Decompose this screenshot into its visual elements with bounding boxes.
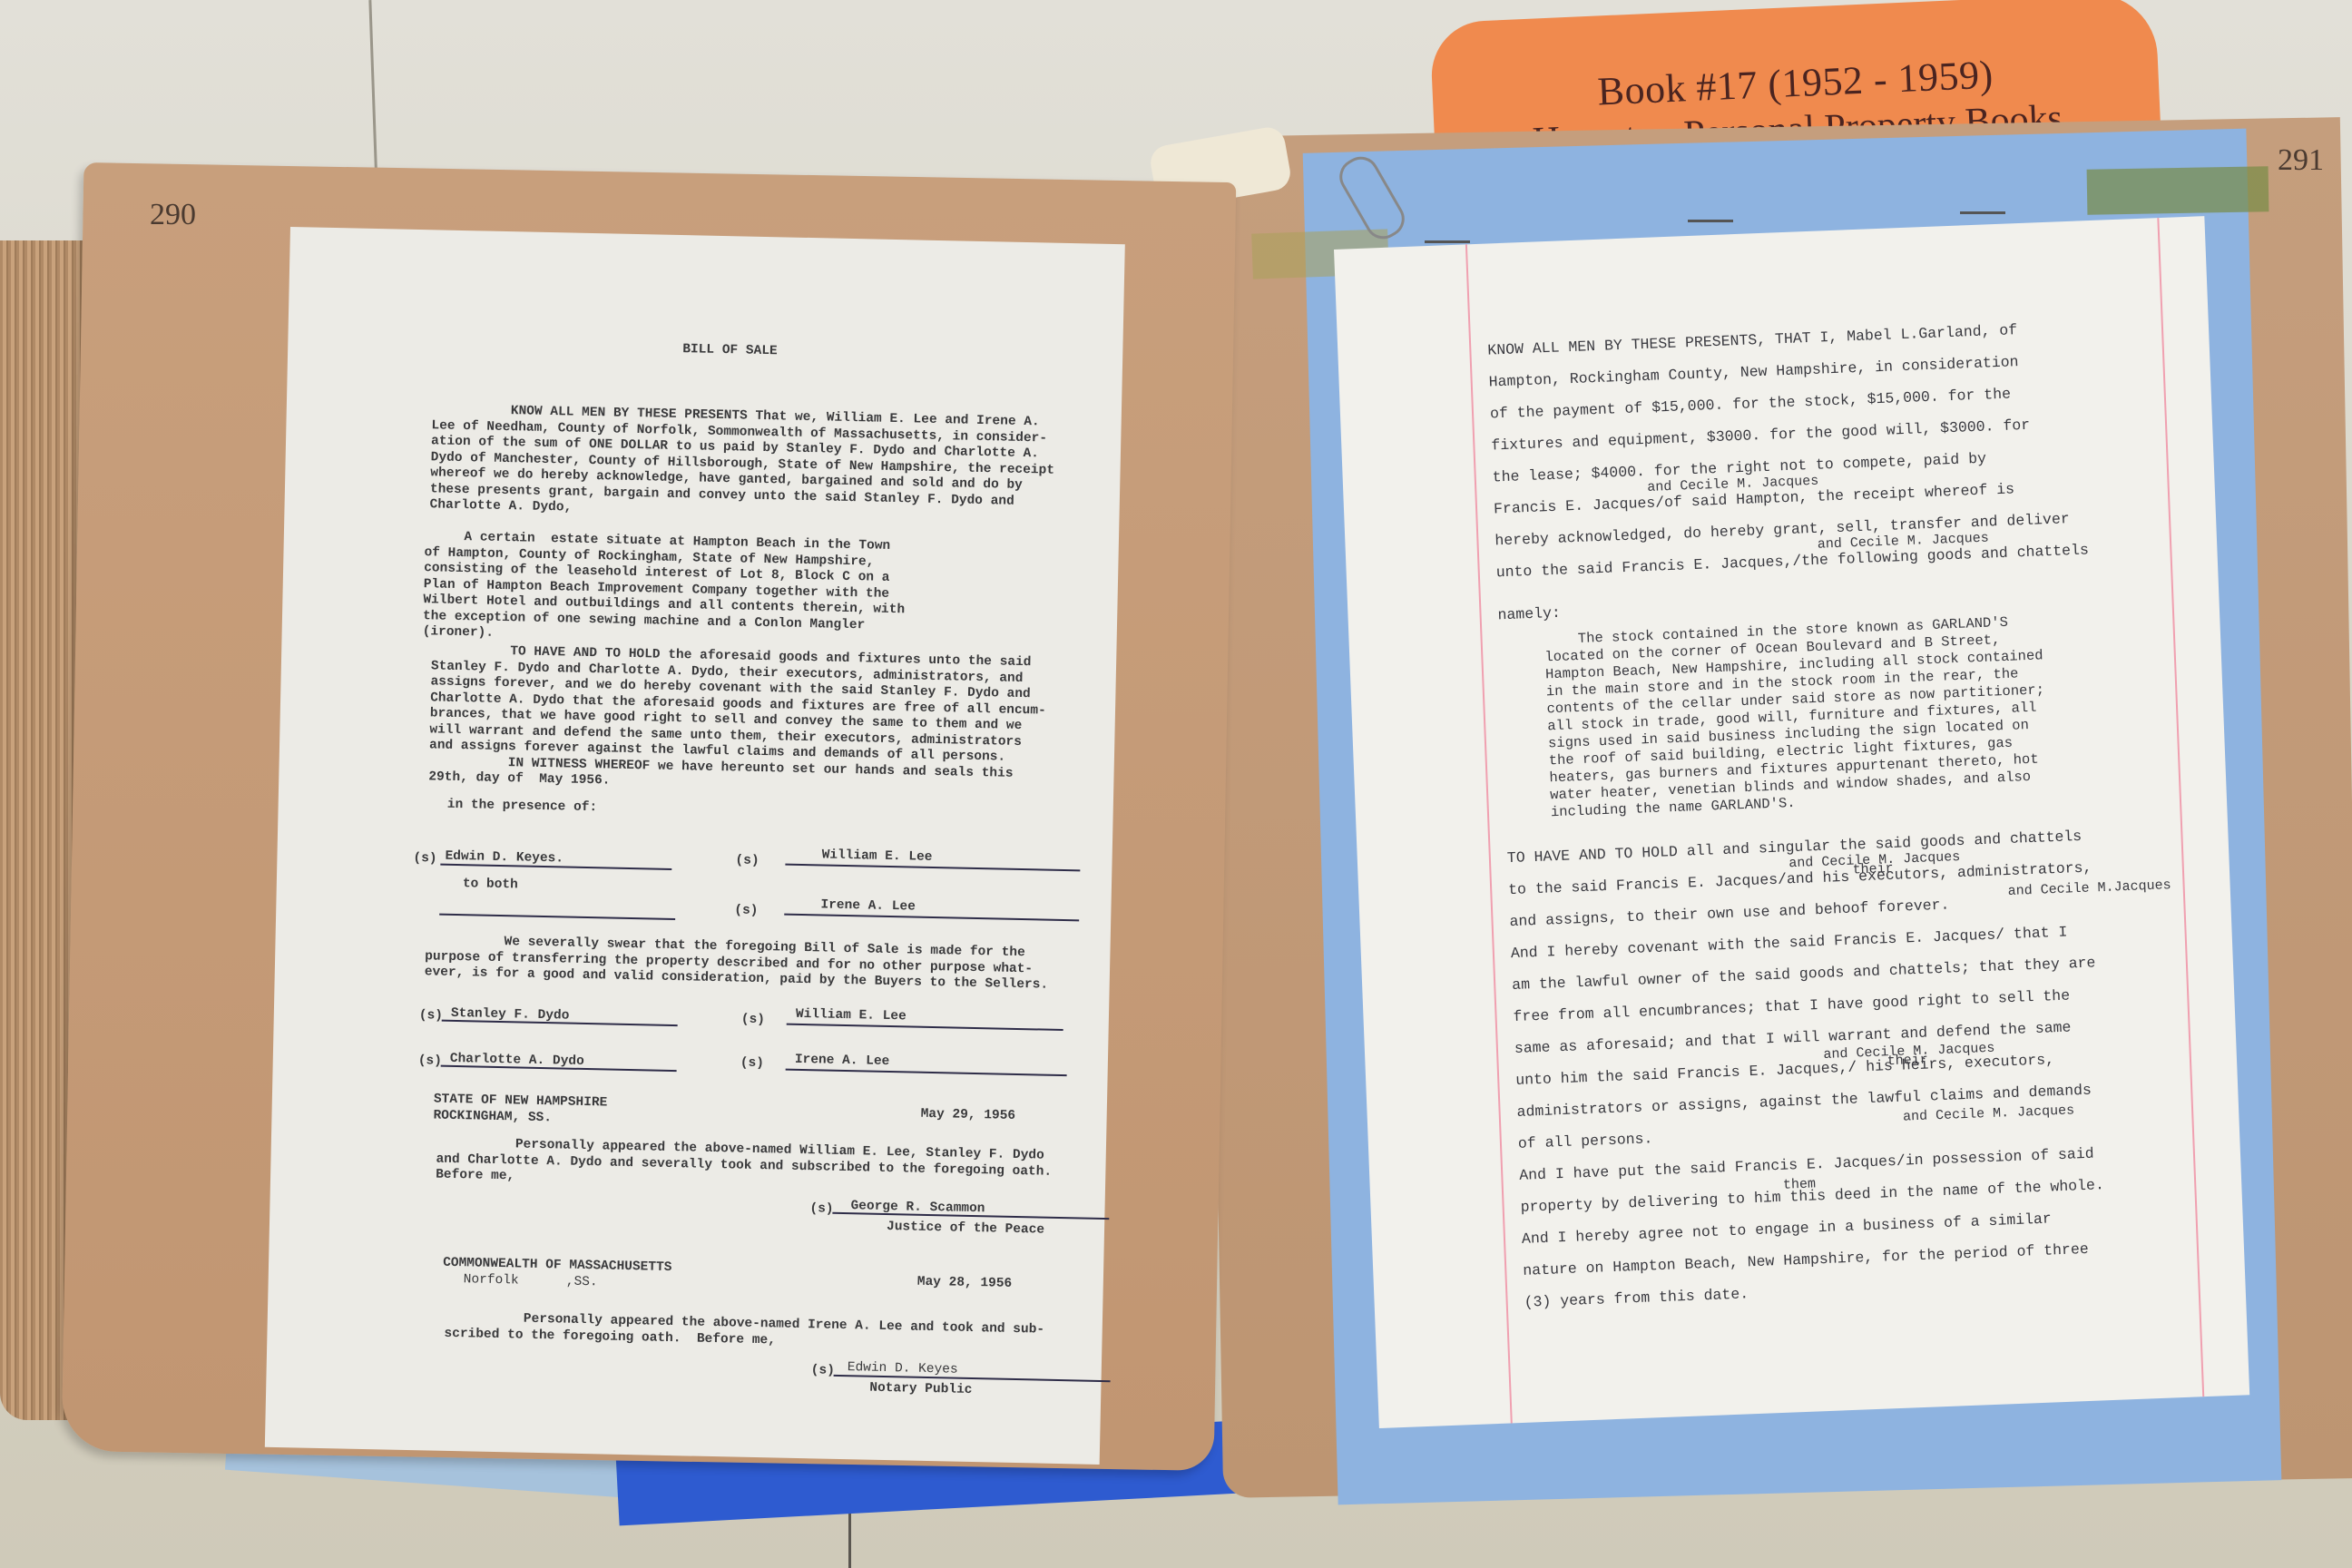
staple <box>1688 220 1733 222</box>
s-mark: (s) <box>811 1363 835 1379</box>
document-title: BILL OF SALE <box>682 342 778 360</box>
s-mark: (s) <box>740 1056 764 1073</box>
nh-ack-text: Personally appeared the above-named Will… <box>436 1136 1108 1198</box>
notary-name: Edwin D. Keyes <box>848 1360 958 1378</box>
s-mark: (s) <box>413 851 436 867</box>
s-mark: (s) <box>735 853 759 869</box>
typed-insert: and Cecile M. Jacques <box>1902 1094 2074 1132</box>
s-mark: (s) <box>418 1053 442 1070</box>
bill-of-sale-sheet: BILL OF SALE KNOW ALL MEN BY THESE PRESE… <box>265 227 1125 1465</box>
ma-ack-text: Personally appeared the above-named Iren… <box>444 1310 1116 1356</box>
habendum-paragraph: TO HAVE AND TO HOLD the aforesaid goods … <box>428 642 1102 799</box>
s-mark: (s) <box>741 1013 765 1029</box>
jp-title: Justice of the Peace <box>887 1220 1044 1239</box>
buyer-1-name: Stanley F. Dydo <box>451 1006 570 1024</box>
blank-signature-line <box>439 897 675 920</box>
s-mark: (s) <box>734 903 758 919</box>
presence-label: in the presence of: <box>424 797 1050 826</box>
tape-piece <box>2087 166 2269 214</box>
seller-1-name: William E. Lee <box>796 1007 906 1025</box>
staple <box>1425 240 1470 243</box>
seller-1-name: William E. Lee <box>821 848 932 866</box>
s-mark: (s) <box>809 1201 833 1218</box>
goods-description: The stock contained in the store known a… <box>1543 610 2131 821</box>
witness-name: Edwin D. Keyes. <box>445 849 563 867</box>
s-mark: (s) <box>419 1008 443 1024</box>
intro-paragraph: KNOW ALL MEN BY THESE PRESENTS That we, … <box>429 402 1102 527</box>
oath-paragraph: We severally swear that the foregoing Bi… <box>425 933 1097 995</box>
page-number-right: 291 <box>2278 143 2324 178</box>
property-paragraph: A certain estate situate at Hampton Beac… <box>422 529 986 652</box>
seller-2-name: Irene A. Lee <box>820 897 916 916</box>
staple <box>1960 211 2005 214</box>
notary-title: Notary Public <box>869 1381 972 1399</box>
typed-insert: and Cecile M.Jacques <box>2007 869 2171 907</box>
garland-bill-of-sale-sheet: KNOW ALL MEN BY THESE PRESENTS, THAT I, … <box>1334 216 2249 1428</box>
buyer-2-name: Charlotte A. Dydo <box>450 1052 584 1071</box>
jp-name: George R. Scammon <box>850 1199 985 1218</box>
seller-2-name: Irene A. Lee <box>795 1053 890 1071</box>
witness-note: to both <box>463 877 518 894</box>
page-number-left: 290 <box>150 198 196 232</box>
